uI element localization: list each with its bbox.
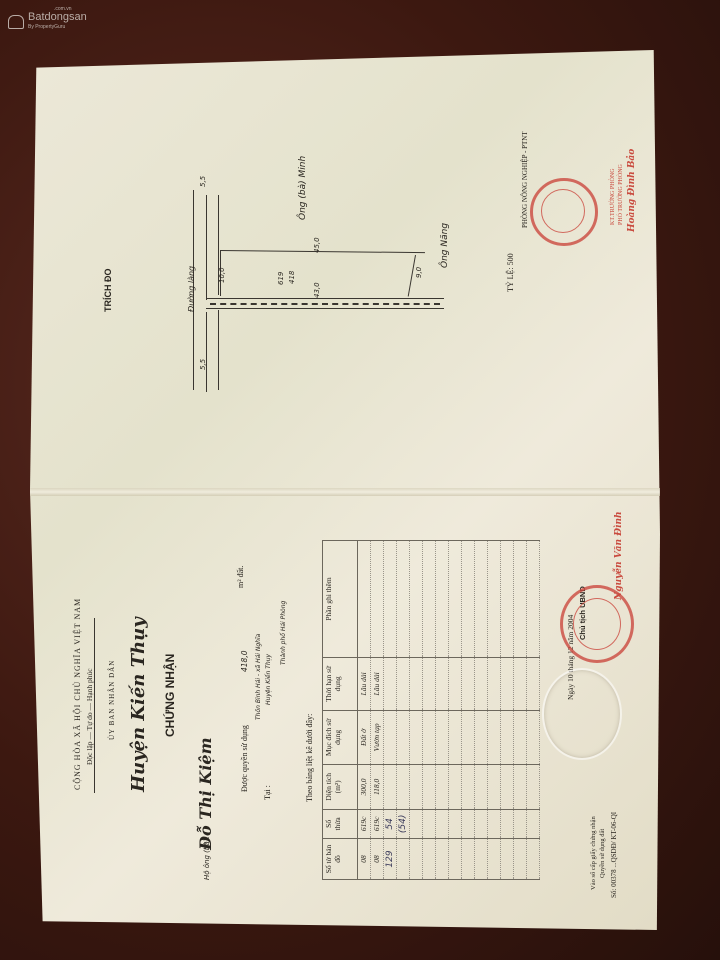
col-purpose: Mục đích sử dụng xyxy=(323,710,358,764)
road-edge xyxy=(206,308,444,309)
cell-notes xyxy=(371,541,384,658)
land-parcel-table: Số tờ bản đồ Số thửa Diện tích (m²) Mục … xyxy=(322,540,522,880)
motto: Độc lập — Tự do — Hạnh phúc xyxy=(85,668,94,765)
register-line-3: Số: 00378 ...QSDĐ/ KT-06-QI xyxy=(610,812,618,898)
side-right-length: 9,0 xyxy=(415,267,423,278)
location-line-3: Thành phố Hải Phòng xyxy=(280,601,287,665)
cell-notes xyxy=(384,541,397,658)
cell-term xyxy=(384,658,397,711)
cell-purpose: Vườn tạp xyxy=(371,710,384,764)
side-top-length: 45,0 xyxy=(313,237,321,253)
cell-map-sheet: 08 xyxy=(358,838,371,879)
cell-term: Lâu dài xyxy=(371,658,384,711)
table-intro: Theo bảng liệt kê dưới đây: xyxy=(305,714,314,802)
table-row xyxy=(436,541,449,880)
location-line-1: Thôn Bình Hải - xã Hải Nghĩa xyxy=(255,634,262,720)
motto-underline xyxy=(94,618,95,793)
department-signer: Hoàng Đình Bảo xyxy=(627,149,637,232)
cell-area: 118,0 xyxy=(371,764,384,809)
col-term: Thời hạn sử dụng xyxy=(323,658,358,711)
cell-area xyxy=(397,764,410,809)
col-parcel-no: Số thửa xyxy=(323,809,358,838)
side-left-length: 10,0 xyxy=(218,267,226,283)
register-line-1: Vào sổ cấp giấy chứng nhận xyxy=(590,816,597,890)
district-name: Huyện Kiến Thụy xyxy=(128,617,149,792)
holder-name: Đỗ Thị Kiệm xyxy=(196,737,215,850)
road-edge xyxy=(206,195,207,300)
table-header-row: Số tờ bản đồ Số thửa Diện tích (m²) Mục … xyxy=(323,541,358,880)
cell-purpose: Đất ở xyxy=(358,710,371,764)
col-area: Diện tích (m²) xyxy=(323,764,358,809)
watermark-tld: .com.vn xyxy=(54,6,72,12)
extract-title: TRÍCH ĐO xyxy=(103,269,113,313)
cell-purpose xyxy=(397,710,410,764)
cell-map-sheet: 08 xyxy=(371,838,384,879)
cell-parcel-no: 619c xyxy=(358,809,371,838)
table-row xyxy=(527,541,540,880)
table-row: (54) xyxy=(397,541,410,880)
stamp-line-1: KT.TRƯỞNG PHÒNG xyxy=(610,168,616,225)
paper-fold xyxy=(30,488,660,496)
register-line-2: Quyền sử dụng đất xyxy=(599,829,606,878)
road-label: Đường làng xyxy=(187,266,196,312)
table-row: 129 54 xyxy=(384,541,397,880)
area-unit: m² đất. xyxy=(236,566,245,588)
house-logo-icon xyxy=(8,15,24,29)
department-stamp xyxy=(530,178,598,246)
road-centerline xyxy=(210,303,440,305)
table-row xyxy=(488,541,501,880)
cell-area: 300,0 xyxy=(358,764,371,809)
road-width-bottom: 5,5 xyxy=(199,359,207,370)
col-notes: Phần ghi thêm xyxy=(323,541,358,658)
table-row xyxy=(410,541,423,880)
table-row xyxy=(423,541,436,880)
cell-parcel-no: (54) xyxy=(397,809,410,838)
road-edge xyxy=(218,310,219,390)
watermark: BatdongsanBy PropertyGuru .com.vn xyxy=(8,12,87,32)
scale-label: TỶ LỆ: 500 xyxy=(506,253,515,292)
document-title: CHỨNG NHẬN xyxy=(163,654,177,737)
col-map-sheet: Số tờ bản đồ xyxy=(323,838,358,879)
cell-notes xyxy=(397,541,410,658)
cell-map-sheet xyxy=(397,838,410,879)
committee-signer: Nguyễn Văn Đình xyxy=(614,511,624,600)
road-edge xyxy=(206,312,207,392)
table-row: 08 619c 118,0 Vườn tạp Lâu dài xyxy=(371,541,384,880)
location-line-2: Huyện Kiến Thụy xyxy=(265,654,272,705)
neighbor-east: Ông Năng xyxy=(440,223,450,268)
cell-term xyxy=(397,658,410,711)
road-edge xyxy=(206,298,444,299)
cell-term: Lâu dài xyxy=(358,658,371,711)
cell-notes xyxy=(358,541,371,658)
table-row xyxy=(501,541,514,880)
cell-parcel-no: 619c xyxy=(371,809,384,838)
stamp-line-2: PHÓ TRƯỞNG PHÒNG xyxy=(618,164,624,225)
cell-area xyxy=(384,764,397,809)
side-bottom-length: 43,0 xyxy=(313,282,321,298)
road-width-top: 5,5 xyxy=(199,176,207,187)
parcel-number: 619 xyxy=(277,272,285,285)
area-value: 418,0 xyxy=(240,651,249,672)
right-label: Được quyền sử dụng xyxy=(240,725,249,792)
neighbor-north: Ông (bà) Minh xyxy=(298,156,308,220)
cell-map-sheet: 129 xyxy=(384,838,397,879)
table-row xyxy=(449,541,462,880)
table-row: 08 619c 300,0 Đất ở Lâu dài xyxy=(358,541,371,880)
table-row xyxy=(475,541,488,880)
parcel-area: 418 xyxy=(288,271,296,284)
location-label: Tại : xyxy=(263,785,272,800)
national-title: CỘNG HÒA XÃ HỘI CHỦ NGHĨA VIỆT NAM xyxy=(73,598,82,790)
cell-purpose xyxy=(384,710,397,764)
table-row xyxy=(462,541,475,880)
authority-label: ỦY BAN NHÂN DÂN xyxy=(108,660,116,740)
watermark-brand: BatdongsanBy PropertyGuru xyxy=(28,12,87,32)
table-row xyxy=(514,541,527,880)
cell-parcel-no: 54 xyxy=(384,809,397,838)
department-label: PHÒNG NÔNG NGHIỆP - PTNT xyxy=(521,131,529,228)
embossed-seal xyxy=(542,668,622,760)
